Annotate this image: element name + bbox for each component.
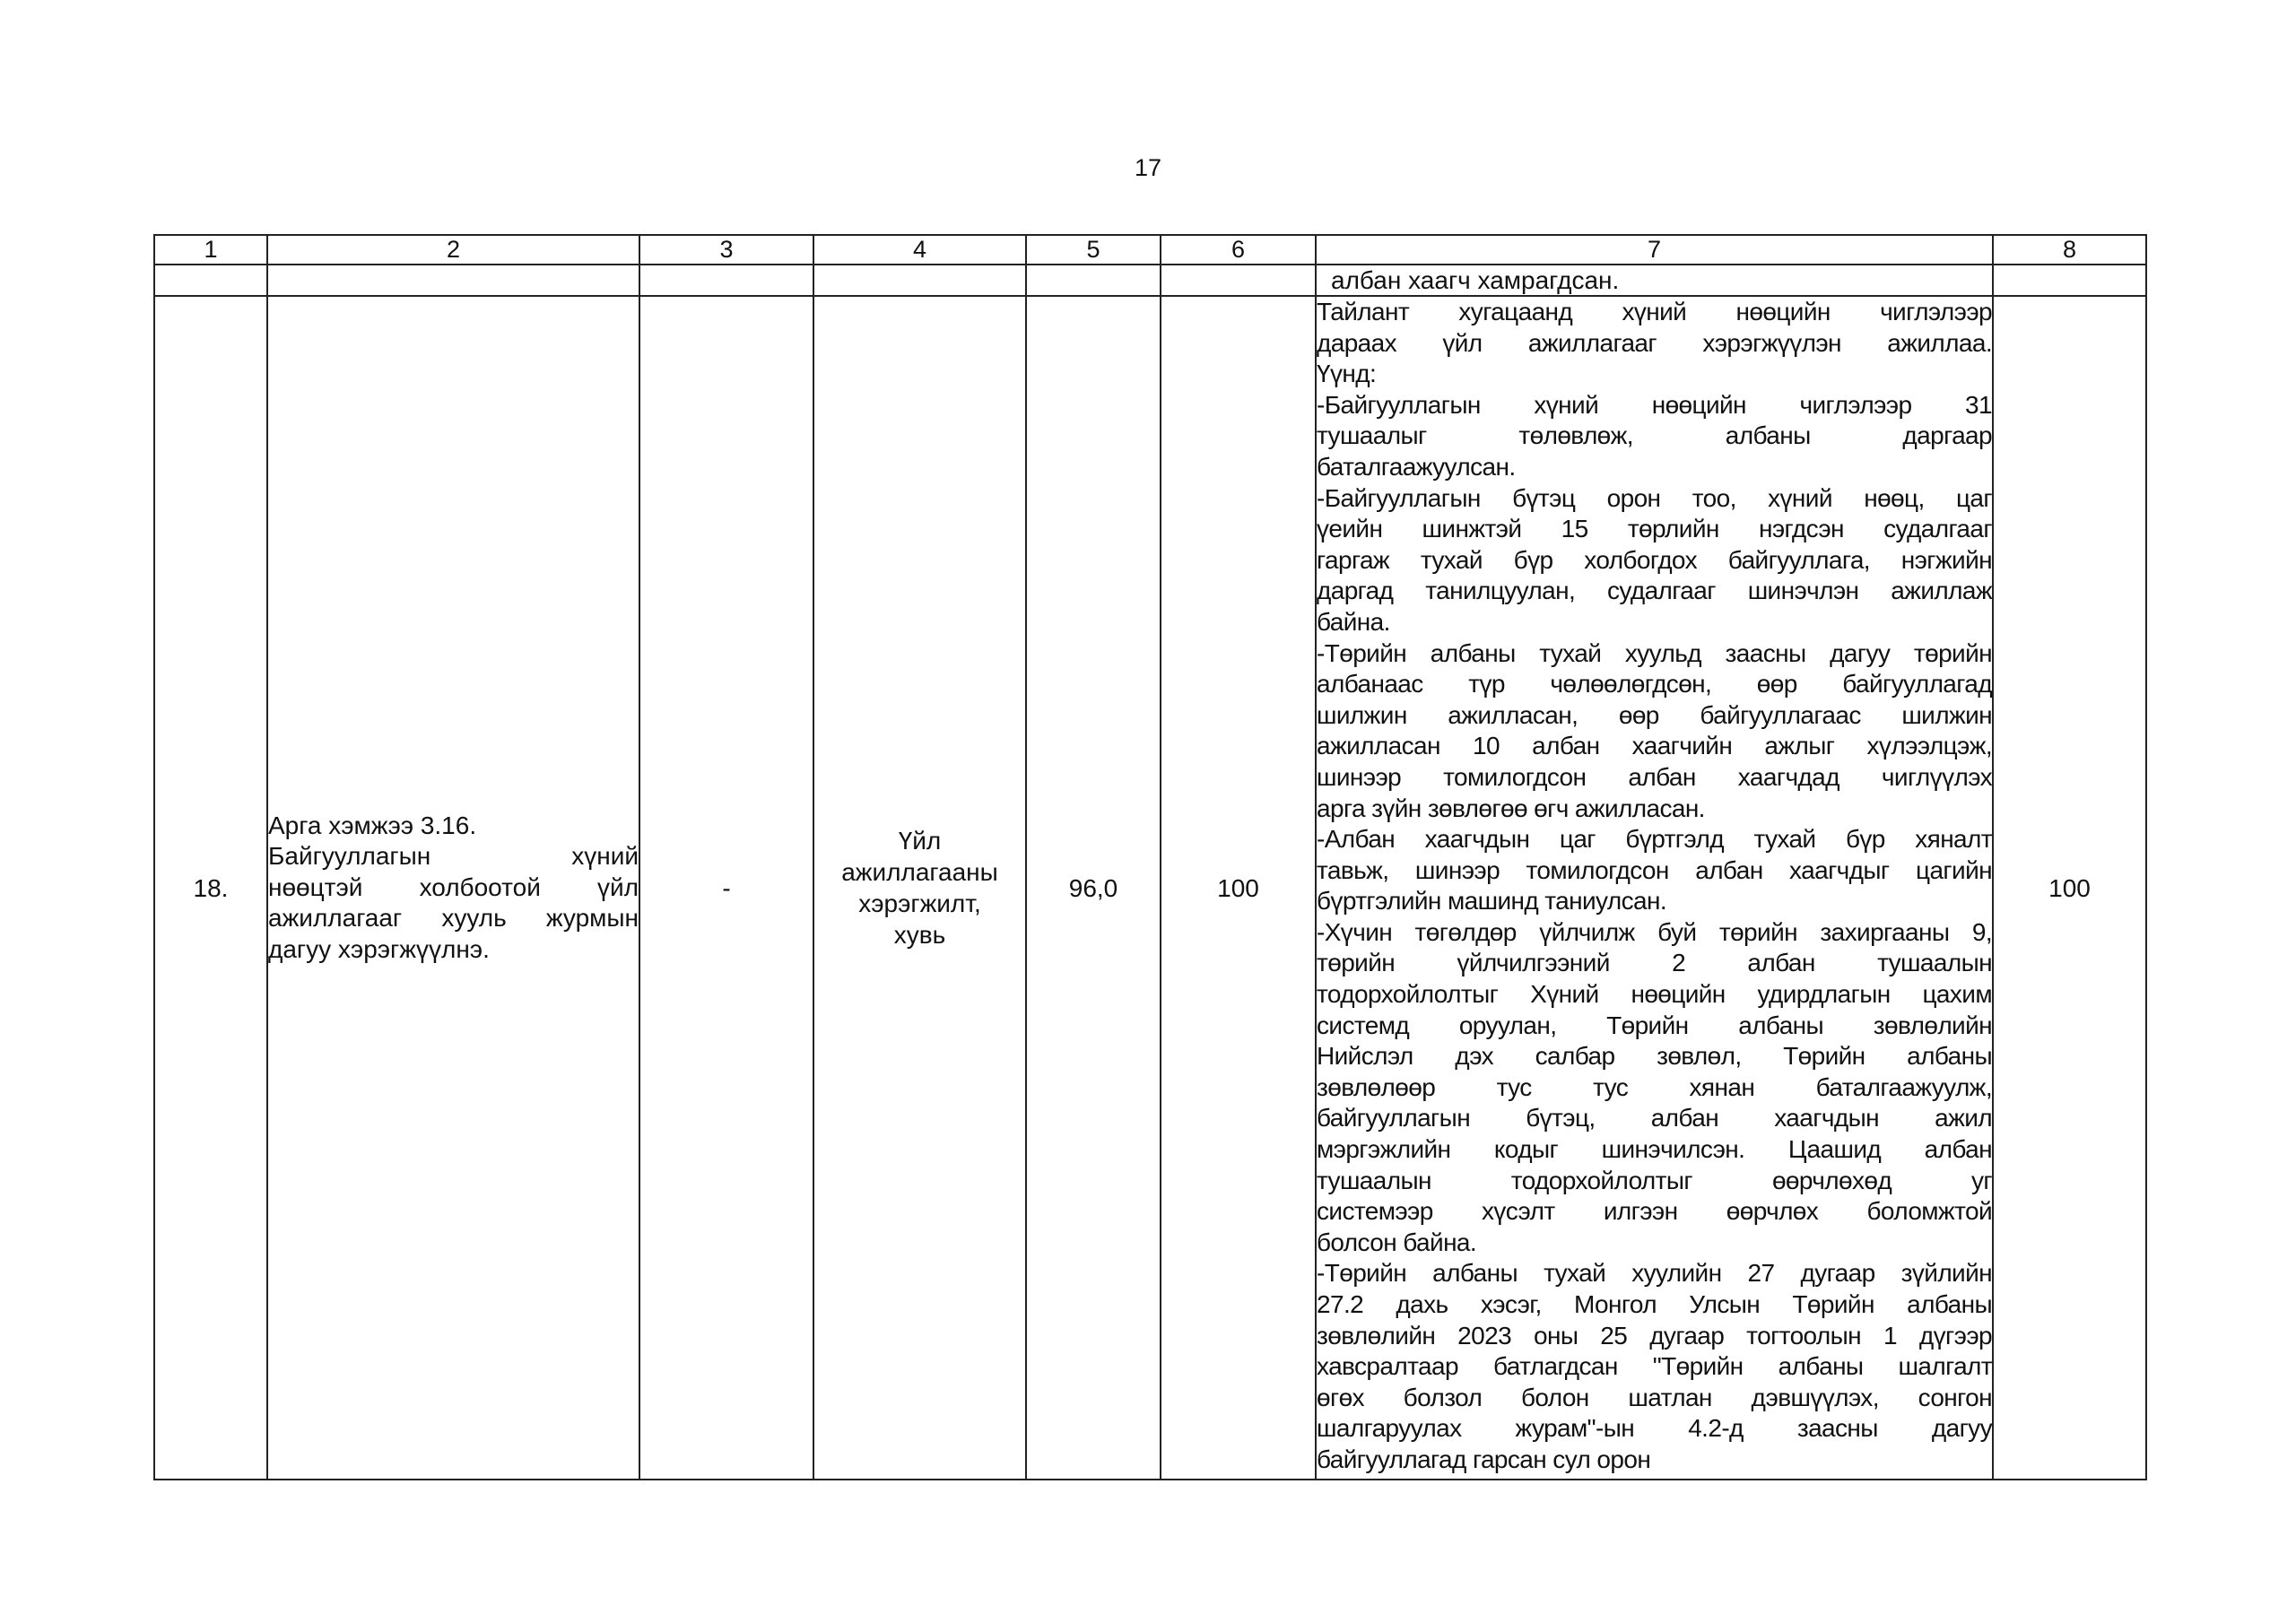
- measure-description: Арга хэмжээ 3.16.Байгууллагын хүнийнөөцт…: [267, 296, 639, 1480]
- text-line: зөвлөлийн 2023 оны 25 дугаар тогтоолын 1…: [1317, 1321, 1992, 1352]
- text-line: хэрэгжилт,: [814, 888, 1025, 919]
- empty-cell: [639, 265, 813, 296]
- text-line: системээр хүсэлт илгээн өөрчлөх боломжто…: [1317, 1196, 1992, 1228]
- performance-score: 100: [1993, 296, 2146, 1480]
- header-cell-5: 5: [1026, 235, 1161, 265]
- text-line: -Албан хаагчдын цаг бүртгэлд тухай бүр х…: [1317, 824, 1992, 855]
- text-line: тавьж, шинээр томилогдсон албан хаагчдыг…: [1317, 855, 1992, 887]
- text-line: Үйл: [814, 825, 1025, 856]
- page-number: 17: [0, 154, 2296, 182]
- empty-cell: [813, 265, 1026, 296]
- empty-cell: [1993, 265, 2146, 296]
- text-line: байгууллагад гарсан сул орон: [1317, 1445, 1992, 1476]
- indicator-value: 96,0: [1026, 296, 1161, 1480]
- header-cell-6: 6: [1161, 235, 1316, 265]
- empty-cell: [1026, 265, 1161, 296]
- text-line: дараах үйл ажиллагааг хэрэгжүүлэн ажилла…: [1317, 328, 1992, 360]
- empty-cell: [1161, 265, 1316, 296]
- text-line: Байгууллагын хүний: [268, 841, 639, 872]
- implementation-report-text: Тайлант хугацаанд хүний нөөцийн чиглэлээ…: [1316, 296, 1993, 1480]
- text-line: мэргэжлийн кодыг шинэчилсэн. Цаашид алба…: [1317, 1134, 1992, 1166]
- text-line: -Байгууллагын хүний нөөцийн чиглэлээр 31: [1317, 390, 1992, 421]
- text-line: 27.2 дахь хэсэг, Монгол Улсын Төрийн алб…: [1317, 1289, 1992, 1321]
- empty-cell: [267, 265, 639, 296]
- text-line: -Байгууллагын бүтэц орон тоо, хүний нөөц…: [1317, 483, 1992, 515]
- text-line: шалгаруулах журам"-ын 4.2-д заасны дагуу: [1317, 1413, 1992, 1445]
- text-line: ажиллагааны: [814, 856, 1025, 888]
- text-line: Арга хэмжээ 3.16.: [268, 811, 639, 842]
- text-line: даргад танилцуулан, судалгааг шинэчлэн а…: [1317, 576, 1992, 607]
- text-line: системд оруулан, Төрийн албаны зөвлөлийн: [1317, 1011, 1992, 1042]
- text-line: байна.: [1317, 607, 1992, 638]
- text-line: төрийн үйлчилгээний 2 албан тушаалын: [1317, 948, 1992, 979]
- text-line: Тайлант хугацаанд хүний нөөцийн чиглэлээ…: [1317, 297, 1992, 328]
- text-line: тушаалыг төлөвлөж, албаны даргаар: [1317, 421, 1992, 452]
- text-line: хувь: [814, 919, 1025, 950]
- text-line: тодорхойлолтыг Хүний нөөцийн удирдлагын …: [1317, 979, 1992, 1011]
- text-line: Үүнд:: [1317, 359, 1992, 390]
- text-line: ажилласан 10 албан хаагчийн ажлыг хүлээл…: [1317, 731, 1992, 762]
- text-line: дагуу хэрэгжүүлнэ.: [268, 934, 639, 966]
- text-line: гаргаж тухай бүр холбогдох байгууллага, …: [1317, 545, 1992, 577]
- text-line: -Хүчин төгөлдөр үйлчилж буй төрийн захир…: [1317, 917, 1992, 949]
- text-line: зөвлөлөөр тус тус хянан баталгаажуулж,: [1317, 1072, 1992, 1104]
- text-line: -Төрийн албаны тухай хуулийн 27 дугаар з…: [1317, 1258, 1992, 1289]
- header-cell-8: 8: [1993, 235, 2146, 265]
- text-line: тушаалын тодорхойлолтыг өөрчлөхөд уг: [1317, 1166, 1992, 1197]
- text-line: баталгаажуулсан.: [1317, 452, 1992, 483]
- header-cell-3: 3: [639, 235, 813, 265]
- header-cell-2: 2: [267, 235, 639, 265]
- text-line: байгууллагын бүтэц, албан хаагчдын ажил: [1317, 1103, 1992, 1134]
- text-line: шилжин ажилласан, өөр байгууллагаас шилж…: [1317, 700, 1992, 732]
- indicator-description: Үйлажиллагааныхэрэгжилт,хувь: [813, 296, 1026, 1480]
- text-line: шинээр томилогдсон албан хаагчдад чиглүү…: [1317, 762, 1992, 794]
- text-line: болсон байна.: [1317, 1228, 1992, 1259]
- text-line: хавсралтаар батлагдсан "Төрийн албаны ша…: [1317, 1351, 1992, 1383]
- empty-cell: [154, 265, 267, 296]
- text-line: арга зүйн зөвлөгөө өгч ажилласан.: [1317, 794, 1992, 825]
- text-line: албанаас түр чөлөөлөгдсөн, өөр байгуулла…: [1317, 669, 1992, 700]
- text-line: үеийн шинжтэй 15 төрлийн нэгдсэн судалга…: [1317, 514, 1992, 545]
- header-cell-4: 4: [813, 235, 1026, 265]
- baseline-value: -: [639, 296, 813, 1480]
- text-line: Нийслэл дэх салбар зөвлөл, Төрийн албаны: [1317, 1041, 1992, 1072]
- text-line: нөөцтэй холбоотой үйл: [268, 872, 639, 904]
- text-line: -Төрийн албаны тухай хуульд заасны дагуу…: [1317, 638, 1992, 670]
- target-value: 100: [1161, 296, 1316, 1480]
- header-cell-7: 7: [1316, 235, 1993, 265]
- report-table: 1 2 3 4 5 6 7 8 албан хаагч хамрагдсан. …: [153, 234, 2147, 1480]
- continuation-row: албан хаагч хамрагдсан.: [154, 265, 2146, 296]
- text-line: бүртгэлийн машинд таниулсан.: [1317, 886, 1992, 917]
- header-cell-1: 1: [154, 235, 267, 265]
- table-row: 18. Арга хэмжээ 3.16.Байгууллагын хүнийн…: [154, 296, 2146, 1480]
- row-number: 18.: [154, 296, 267, 1480]
- text-line: өгөх болзол болон шатлан дэвшүүлэх, сонг…: [1317, 1383, 1992, 1414]
- text-line: ажиллагааг хууль журмын: [268, 903, 639, 934]
- continued-report-text: албан хаагч хамрагдсан.: [1316, 265, 1993, 296]
- column-number-header-row: 1 2 3 4 5 6 7 8: [154, 235, 2146, 265]
